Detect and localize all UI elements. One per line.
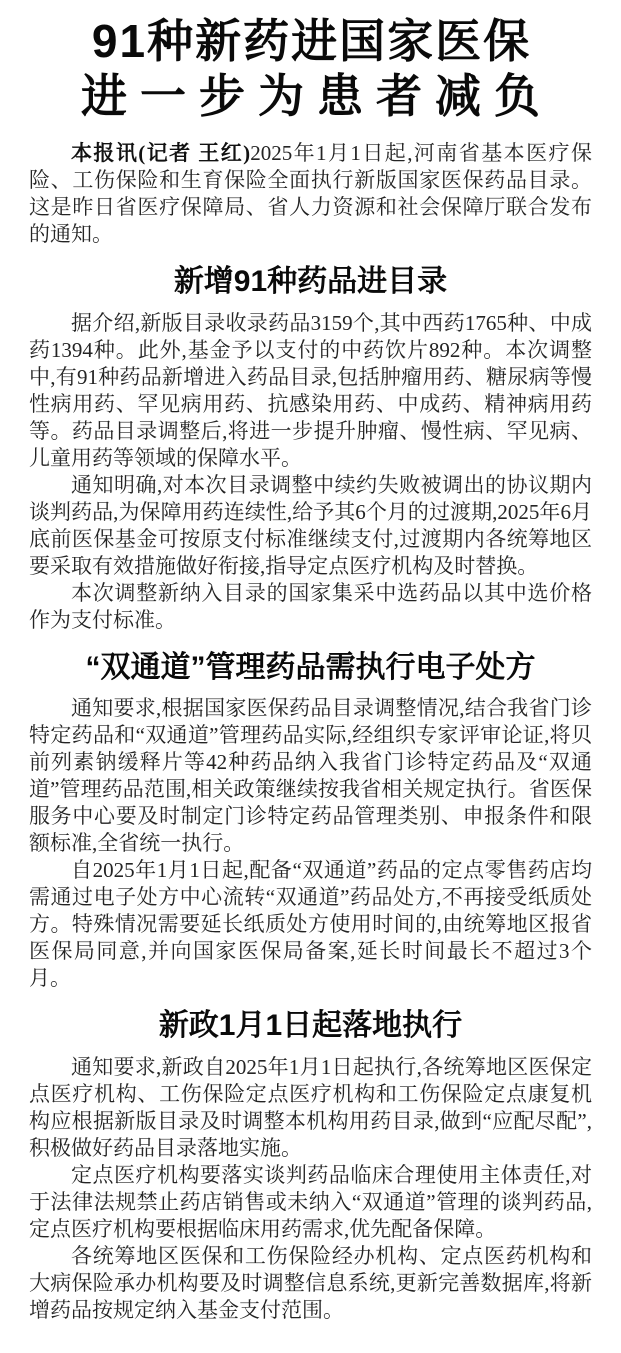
body-paragraph: 通知要求,新政自2025年1月1日起执行,各统筹地区医保定点医疗机构、工伤保险定…: [29, 1054, 592, 1162]
body-paragraph: 自2025年1月1日起,配备“双通道”药品的定点零售药店均需通过电子处方中心流转…: [29, 857, 592, 992]
body-paragraph: 通知明确,对本次目录调整中续约失败被调出的协议期内谈判药品,为保障用药连续性,给…: [29, 472, 592, 580]
headline-line-1: 91种新药进国家医保: [29, 14, 594, 69]
section-heading-dual-channel: “双通道”管理药品需执行电子处方: [29, 649, 592, 687]
headline-line-2: 进一步为患者减负: [29, 69, 605, 124]
section-heading-policy-effective: 新政1月1日起落地执行: [29, 1007, 592, 1045]
body-paragraph: 各统筹地区医保和工伤保险经办机构、定点医药机构和大病保险承办机构要及时调整信息系…: [29, 1243, 592, 1324]
main-headline: 91种新药进国家医保 进一步为患者减负: [29, 14, 592, 124]
body-paragraph: 本次调整新纳入目录的国家集采中选药品以其中选价格作为支付标准。: [29, 580, 592, 634]
body-paragraph: 据介绍,新版目录收录药品3159个,其中西药1765种、中成药1394种。此外,…: [29, 310, 592, 472]
section-heading-new-drugs: 新增91种药品进目录: [29, 263, 592, 301]
newspaper-article: 91种新药进国家医保 进一步为患者减负 本报讯(记者 王红)2025年1月1日起…: [0, 0, 621, 1353]
body-paragraph: 通知要求,根据国家医保药品目录调整情况,结合我省门诊特定药品和“双通道”管理药品…: [29, 695, 592, 857]
byline: 本报讯(记者 王红): [71, 141, 250, 165]
intro-paragraph: 本报讯(记者 王红)2025年1月1日起,河南省基本医疗保险、工伤保险和生育保险…: [29, 140, 592, 248]
body-paragraph: 定点医疗机构要落实谈判药品临床合理使用主体责任,对于法律法规禁止药店销售或未纳入…: [29, 1162, 592, 1243]
